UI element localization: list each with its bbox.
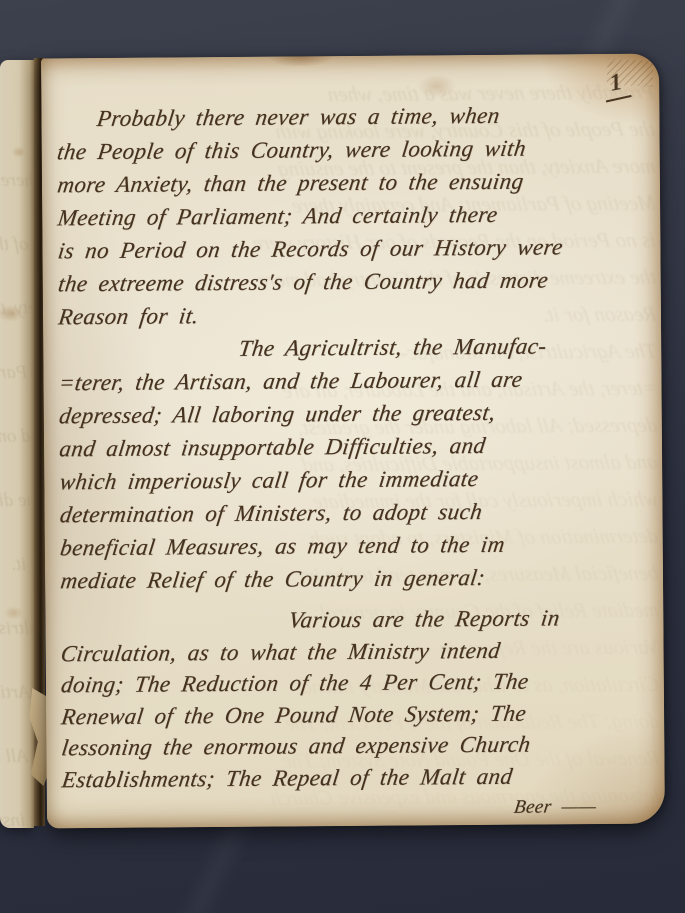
photograph: Probably there never was a time, whenthe… [0,0,685,913]
manuscript-line: =terer, the Artisan, and the Labourer, a… [57,364,653,402]
manuscript-line: Circulation, as to what the Ministry int… [59,634,655,670]
manuscript-line: doing; The Reduction of the 4 Per Cent; … [59,666,655,702]
manuscript-line: Various are the Reports in [59,603,655,639]
show-through-sliver: Probably there never was a time, whenthe… [0,170,34,828]
journal-page: Probably there never was a time, whenthe… [41,54,665,829]
catchword: Beer —— [60,792,656,828]
manuscript-line: and almost insupportable Difficulties, a… [57,430,653,468]
manuscript-text: Probably there never was a time, when th… [54,100,652,828]
manuscript-line: the extreeme distress's of the Country h… [56,265,652,303]
manuscript-line: determination of Ministers, to adopt suc… [58,496,654,534]
manuscript-line: lessoning the enormous and expensive Chu… [60,729,656,765]
manuscript-line: is no Period on the Records of our Histo… [56,232,652,270]
manuscript-line: the People of this Country, were looking… [55,133,651,171]
manuscript-line: The Agricultrist, the Manufac- [56,331,652,369]
manuscript-line: Probably there never was a time, when [55,100,651,138]
opposite-page-edge: Probably there never was a time, whenthe… [0,60,34,828]
manuscript-line: depressed; All laboring under the greate… [57,397,653,435]
manuscript-line: Renewal of the One Pound Note System; Th… [59,697,655,733]
page-number: 1 [601,68,632,102]
manuscript-line: which imperiously call for the immediate [57,463,653,501]
manuscript-line: Meeting of Parliament; And certainly the… [55,199,651,237]
manuscript-line: Establishments; The Repeal of the Malt a… [60,760,656,796]
manuscript-line: beneficial Measures, as may tend to the … [58,529,654,567]
manuscript-line: Reason for it. [56,298,652,336]
page-number-value: 1 [608,69,625,97]
manuscript-line: mediate Relief of the Country in general… [58,562,654,600]
manuscript-line: more Anxiety, than the present to the en… [55,166,651,204]
